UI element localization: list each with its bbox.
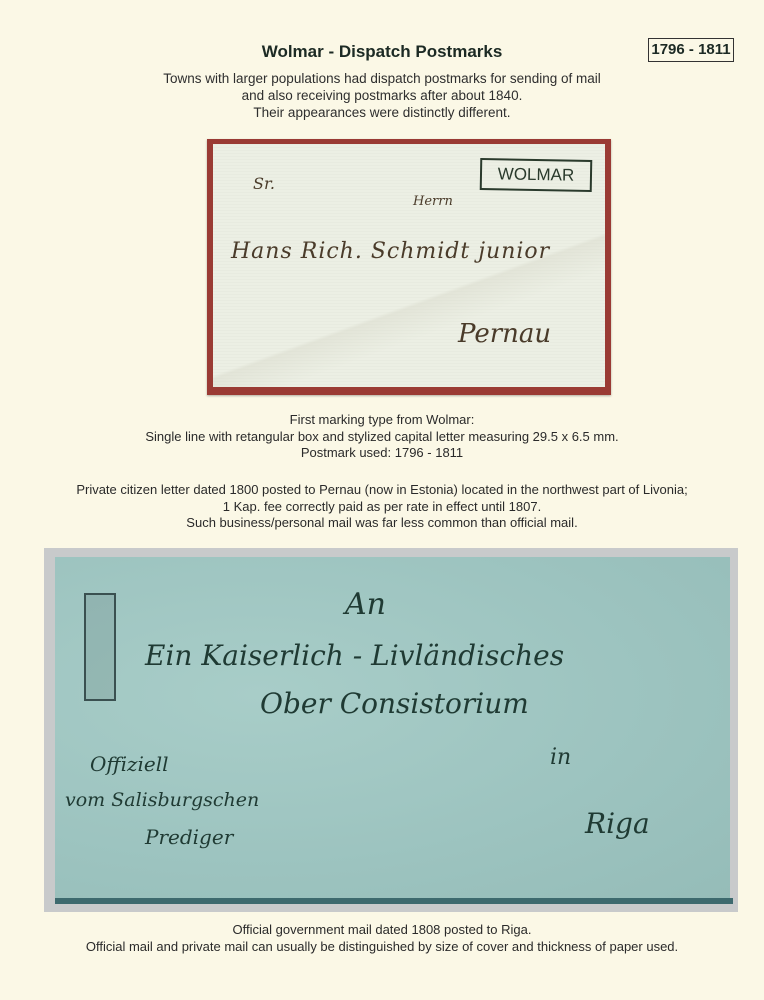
caption-line: Single line with retangular box and styl…: [0, 429, 764, 446]
cover1-handwriting: Pernau: [458, 319, 551, 349]
date-range-box: 1796 - 1811: [648, 38, 734, 62]
caption-line: Private citizen letter dated 1800 posted…: [0, 482, 764, 499]
cover1-caption: First marking type from Wolmar: Single l…: [0, 412, 764, 462]
caption-line: Postmark used: 1796 - 1811: [0, 445, 764, 462]
cover1-handwriting: Sr.: [253, 174, 275, 193]
cover1-handwriting: Hans Rich. Schmidt junior: [231, 239, 550, 264]
cover1-letter-image: WOLMAR Sr. Herrn Hans Rich. Schmidt juni…: [213, 144, 605, 387]
caption-line: First marking type from Wolmar:: [0, 412, 764, 429]
intro-text: Towns with larger populations had dispat…: [0, 70, 764, 121]
cover2-handwriting: in: [550, 745, 571, 770]
cover2-handwriting: Riga: [585, 807, 650, 840]
caption-line: Official government mail dated 1808 post…: [0, 922, 764, 939]
cover2-edge: [55, 898, 733, 904]
cover2-endorsement: Prediger: [145, 825, 233, 849]
wolmar-postmark: WOLMAR: [480, 158, 593, 192]
cover2-handwriting: An: [345, 587, 386, 622]
cover2-endorsement: Offiziell: [90, 752, 169, 776]
cover2-endorsement: vom Salisburgschen: [65, 789, 259, 811]
cover1-description: Private citizen letter dated 1800 posted…: [0, 482, 764, 532]
intro-line: and also receiving postmarks after about…: [0, 87, 764, 104]
caption-line: Official mail and private mail can usual…: [0, 939, 764, 956]
cover2-handwriting: Ober Consistorium: [260, 687, 529, 720]
cover2-letter-image: An Ein Kaiserlich - Livländisches Ober C…: [55, 557, 730, 902]
cover2-caption: Official government mail dated 1808 post…: [0, 922, 764, 955]
cover1-handwriting: Herrn: [413, 194, 453, 209]
cover2-postmark-strip: [84, 593, 116, 701]
caption-line: 1 Kap. fee correctly paid as per rate in…: [0, 499, 764, 516]
intro-line: Towns with larger populations had dispat…: [0, 70, 764, 87]
cover2-handwriting: Ein Kaiserlich - Livländisches: [145, 639, 564, 672]
intro-line: Their appearances were distinctly differ…: [0, 104, 764, 121]
caption-line: Such business/personal mail was far less…: [0, 515, 764, 532]
